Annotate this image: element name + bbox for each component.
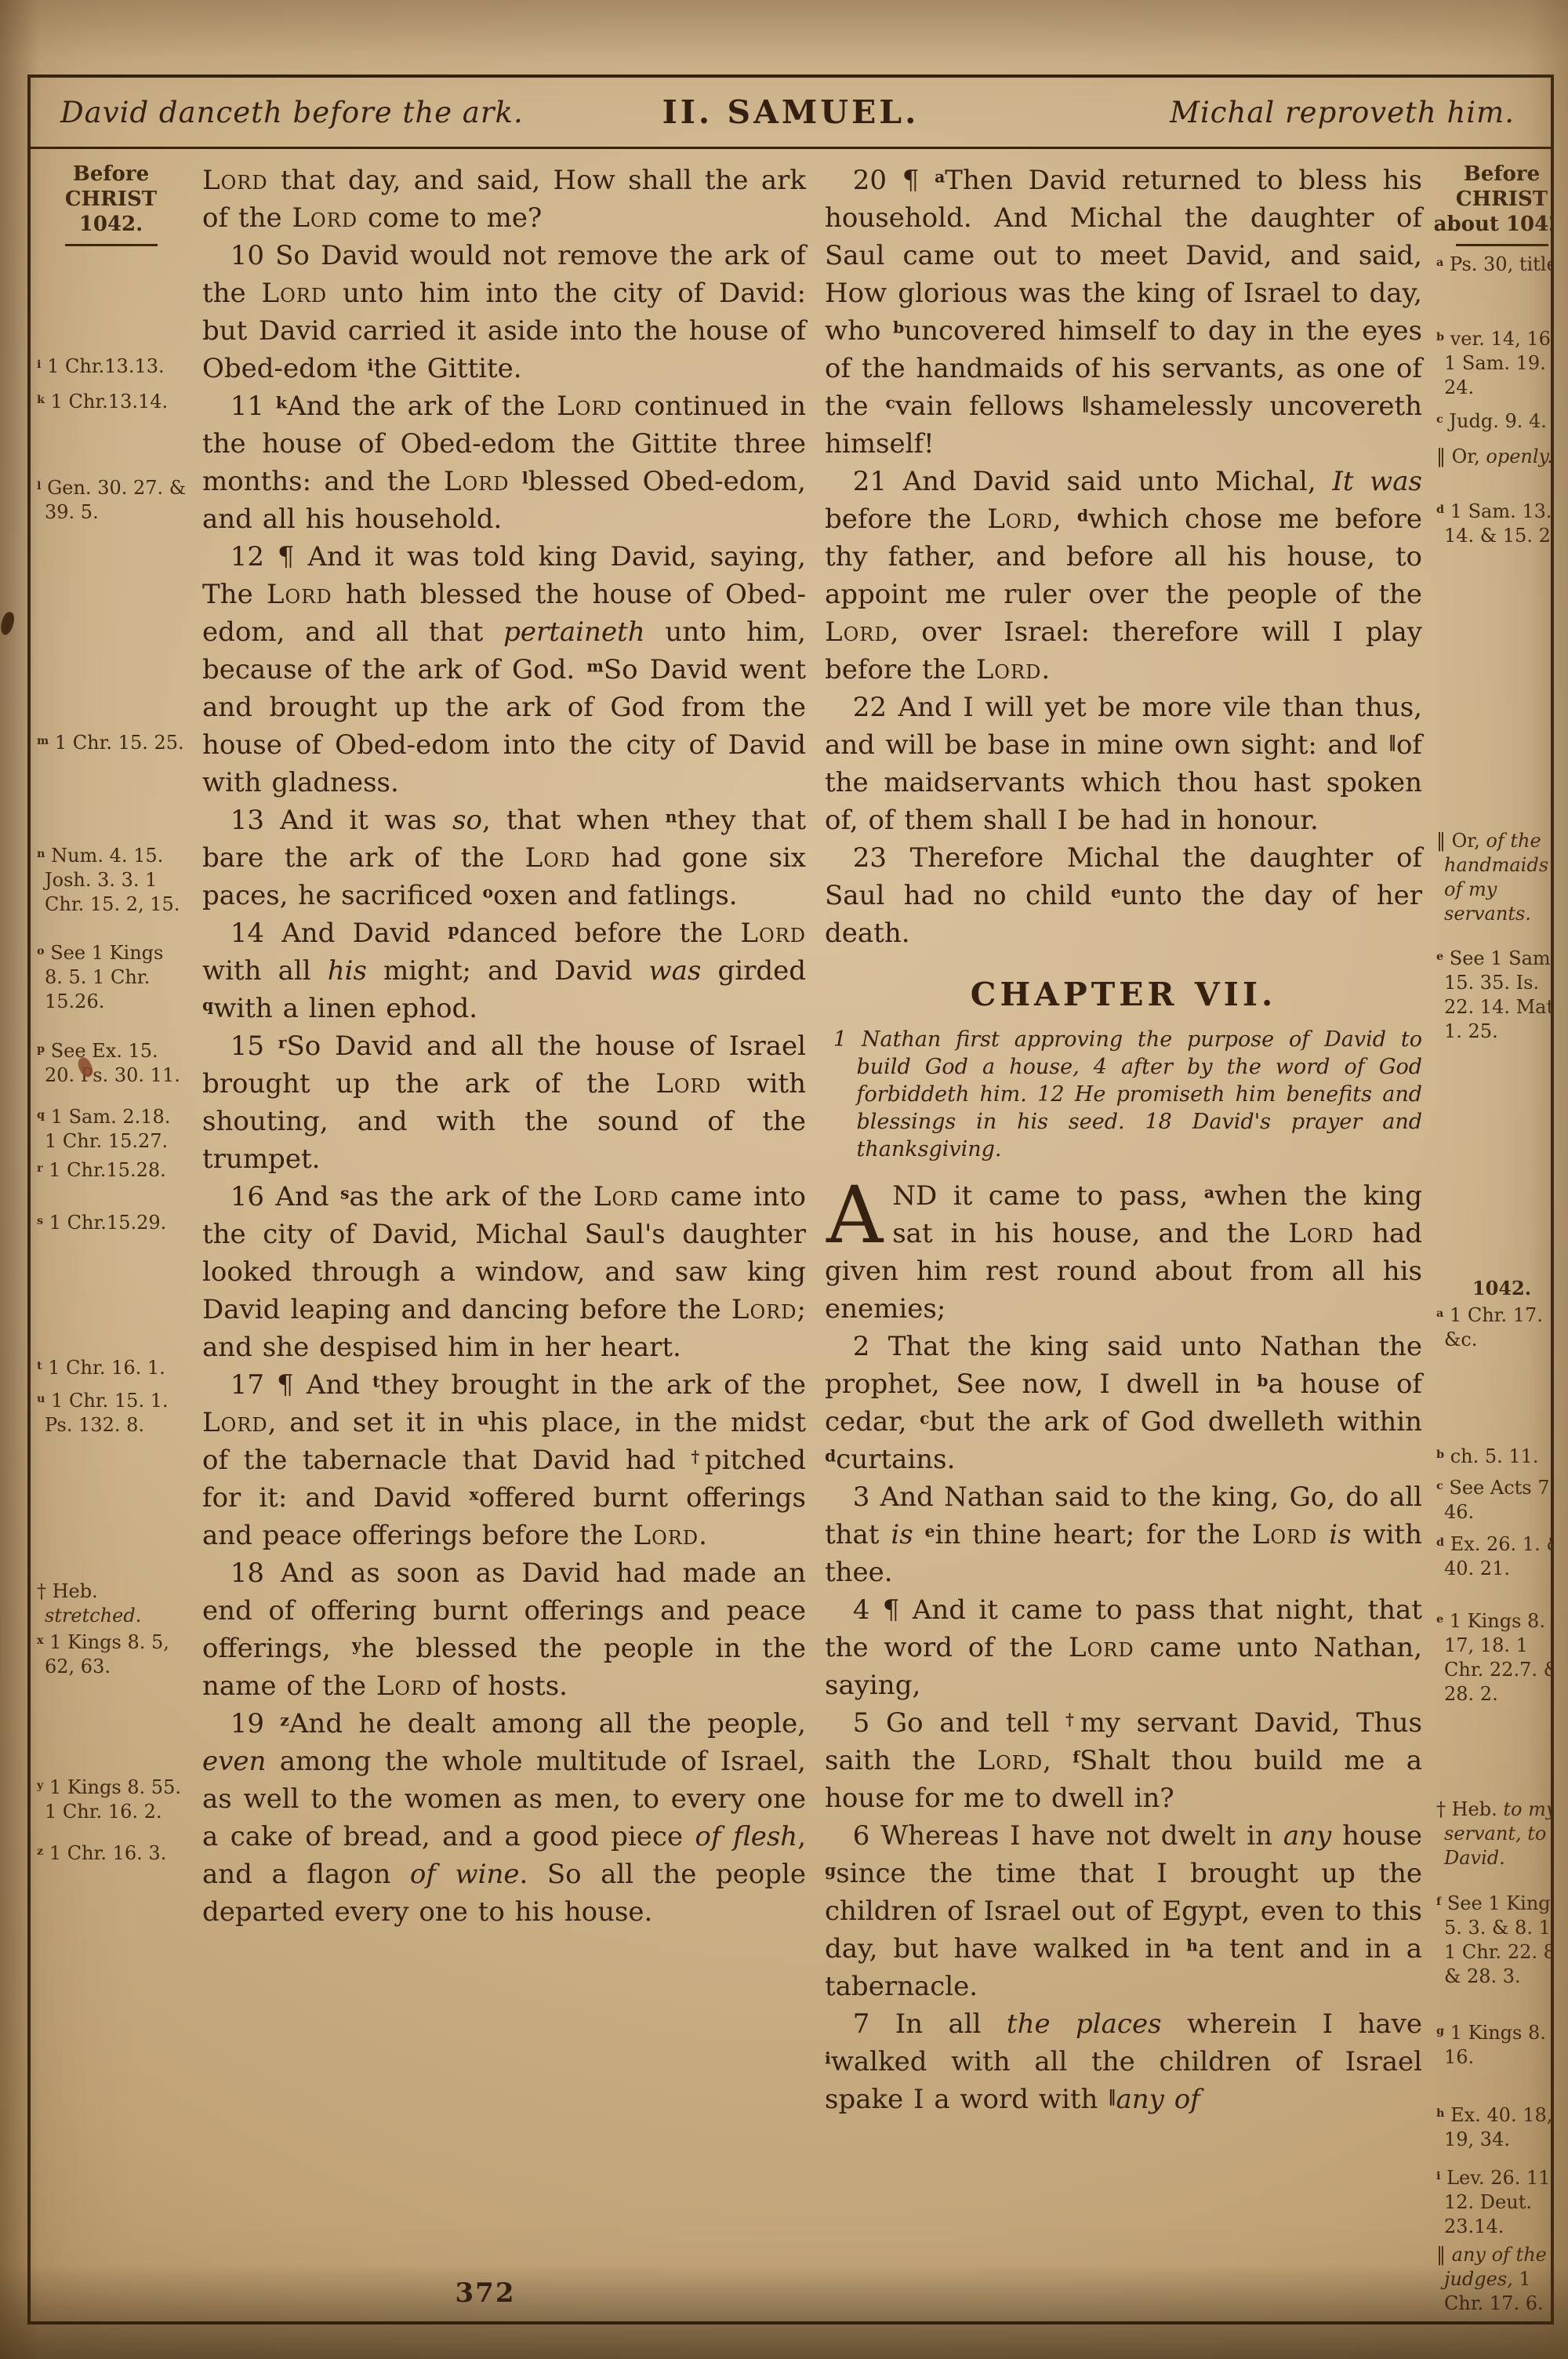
- page-body: Before CHRIST 1042. i 1 Chr.13.13. k 1 C…: [31, 149, 1551, 2315]
- margin-note: a 1 Chr. 17. 1, &c.: [1430, 1303, 1551, 1352]
- right-margin-references: Before CHRIST about 1042. a Ps. 30, titl…: [1430, 149, 1551, 2315]
- bc-line: Before: [31, 162, 191, 187]
- verse-paragraph: 5 Go and tell †my servant David, Thus sa…: [825, 1704, 1422, 1817]
- verse-paragraph: 22 And I will yet be more vile than thus…: [825, 689, 1422, 839]
- margin-note: b ver. 14, 16. 1 Sam. 19. 24.: [1430, 327, 1551, 400]
- margin-note: m 1 Chr. 15. 25.: [31, 731, 191, 755]
- margin-note: c See Acts 7. 46.: [1430, 1476, 1551, 1525]
- chapter-summary: 1 Nathan first approving the purpose of …: [825, 1026, 1422, 1163]
- margin-note: e See 1 Sam. 15. 35. Is. 22. 14. Matt. 1…: [1430, 947, 1551, 1044]
- margin-note: d Ex. 26. 1. & 40. 21.: [1430, 1532, 1551, 1581]
- before-christ-heading: Before CHRIST 1042.: [31, 162, 191, 246]
- verse-paragraph: 6 Whereas I have not dwelt in any house …: [825, 1817, 1422, 2005]
- verse-paragraph: 20 ¶ aThen David returned to bless his h…: [825, 162, 1422, 463]
- verse-paragraph: 19 zAnd he dealt among all the people, e…: [202, 1705, 806, 1931]
- verse-paragraph: 21 And David said unto Michal, It was be…: [825, 463, 1422, 689]
- margin-note: r 1 Chr.15.28.: [31, 1158, 191, 1183]
- page-border-frame: David danceth before the ark. II. SAMUEL…: [27, 75, 1554, 2324]
- margin-note: a Ps. 30, title.: [1430, 253, 1551, 277]
- margin-note: ‖ Or, openly.: [1430, 445, 1551, 469]
- verse-paragraph: 10 So David would not remove the ark of …: [202, 237, 806, 387]
- margin-note: † Heb. stretched.: [31, 1579, 191, 1628]
- before-christ-heading: Before CHRIST about 1042.: [1430, 162, 1551, 246]
- verse-paragraph: 4 ¶ And it came to pass that night, that…: [825, 1591, 1422, 1704]
- verse-paragraph: AND it came to pass, awhen the king sat …: [825, 1177, 1422, 1328]
- margin-note: c Judg. 9. 4.: [1430, 409, 1551, 434]
- margin-note: y 1 Kings 8. 55. 1 Chr. 16. 2.: [31, 1776, 191, 1824]
- bc-line: CHRIST: [1430, 187, 1551, 212]
- bc-line: Before: [1430, 162, 1551, 187]
- margin-note: d 1 Sam. 13. 14. & 15. 28.: [1430, 500, 1551, 548]
- verse-paragraph: 14 And David pdanced before the Lord wit…: [202, 914, 806, 1027]
- right-text-column: 20 ¶ aThen David returned to bless his h…: [814, 149, 1430, 2315]
- chapter-heading: CHAPTER VII.: [825, 976, 1422, 1013]
- margin-note: t 1 Chr. 16. 1.: [31, 1356, 191, 1380]
- margin-note: h Ex. 40. 18, 19, 34.: [1430, 2103, 1551, 2152]
- margin-note: g 1 Kings 8. 16.: [1430, 2021, 1551, 2070]
- margin-note: b ch. 5. 11.: [1430, 1445, 1551, 1469]
- verse-paragraph: 2 That the king said unto Nathan the pro…: [825, 1328, 1422, 1478]
- left-text-column: Lord that day, and said, How shall the a…: [191, 149, 814, 2315]
- drop-cap: A: [825, 1177, 892, 1245]
- margin-note: 1042.: [1430, 1276, 1551, 1300]
- verse-text: ND it came to pass, awhen the king sat i…: [825, 1180, 1422, 1325]
- page-number: 372: [423, 2277, 548, 2309]
- verse-paragraph: 11 kAnd the ark of the Lord continued in…: [202, 387, 806, 538]
- margin-note: i 1 Chr.13.13.: [31, 354, 191, 379]
- margin-note: q 1 Sam. 2.18. 1 Chr. 15.27.: [31, 1105, 191, 1154]
- bc-line: 1042.: [31, 212, 191, 237]
- verse-paragraph: Lord that day, and said, How shall the a…: [202, 162, 806, 237]
- scanned-bible-page: David danceth before the ark. II. SAMUEL…: [0, 0, 1568, 2359]
- verse-paragraph: 17 ¶ And tthey brought in the ark of the…: [202, 1366, 806, 1554]
- margin-note: i Lev. 26. 11, 12. Deut. 23.14.: [1430, 2166, 1551, 2239]
- running-head-right: Michal reproveth him.: [1170, 96, 1515, 129]
- verse-paragraph: 23 Therefore Michal the daughter of Saul…: [825, 839, 1422, 952]
- margin-note: ‖ Or, of the handmaids of my servants.: [1430, 829, 1551, 926]
- margin-note: x 1 Kings 8. 5, 62, 63.: [31, 1630, 191, 1679]
- margin-note: k 1 Chr.13.14.: [31, 390, 191, 414]
- verse-paragraph: 3 And Nathan said to the king, Go, do al…: [825, 1478, 1422, 1591]
- margin-note: n Num. 4. 15. Josh. 3. 3. 1 Chr. 15. 2, …: [31, 844, 191, 917]
- bc-rule: [65, 244, 158, 246]
- margin-note: e 1 Kings 8. 17, 18. 1 Chr. 22.7. & 28. …: [1430, 1609, 1551, 1707]
- margin-note: l Gen. 30. 27. & 39. 5.: [31, 476, 191, 525]
- verse-paragraph: 15 rSo David and all the house of Israel…: [202, 1027, 806, 1178]
- margin-note: p See Ex. 15. 20. Ps. 30. 11.: [31, 1039, 191, 1088]
- verse-paragraph: 12 ¶ And it was told king David, saying,…: [202, 538, 806, 801]
- margin-note: † Heb. to my servant, to David.: [1430, 1797, 1551, 1870]
- left-margin-references: Before CHRIST 1042. i 1 Chr.13.13. k 1 C…: [31, 149, 191, 2315]
- running-head: David danceth before the ark. II. SAMUEL…: [31, 78, 1551, 149]
- margin-note: f See 1 Kings 5. 3. & 8. 19. 1 Chr. 22. …: [1430, 1892, 1551, 1989]
- margin-note: u 1 Chr. 15. 1. Ps. 132. 8.: [31, 1389, 191, 1438]
- margin-note: o See 1 Kings 8. 5. 1 Chr. 15.26.: [31, 941, 191, 1014]
- bc-line: CHRIST: [31, 187, 191, 212]
- bc-line: about 1042.: [1430, 212, 1551, 237]
- ink-speck: [0, 611, 16, 636]
- margin-note: ‖ any of the judges, 1 Chr. 17. 6.: [1430, 2243, 1551, 2315]
- verse-paragraph: 7 In all the places wherein I have iwalk…: [825, 2005, 1422, 2118]
- verse-paragraph: 18 And as soon as David had made an end …: [202, 1554, 806, 1705]
- margin-note: s 1 Chr.15.29.: [31, 1211, 191, 1235]
- verse-paragraph: 13 And it was so, that when nthey that b…: [202, 801, 806, 914]
- margin-note: z 1 Chr. 16. 3.: [31, 1841, 191, 1866]
- verse-paragraph: 16 And sas the ark of the Lord came into…: [202, 1178, 806, 1366]
- bc-rule: [1456, 244, 1548, 246]
